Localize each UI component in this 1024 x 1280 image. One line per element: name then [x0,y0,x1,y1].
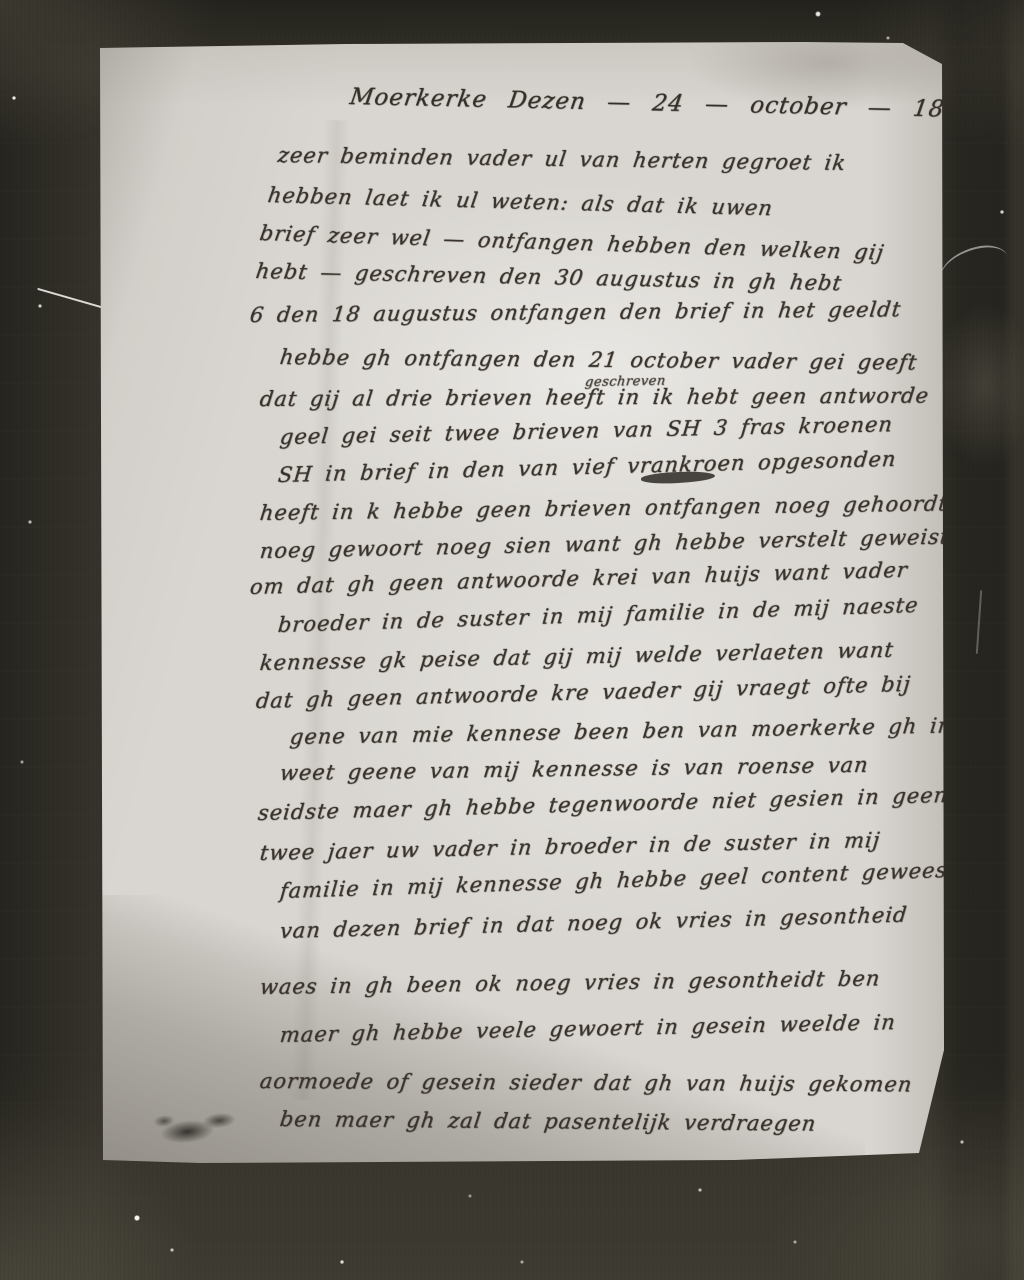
letter-line: waes in gh been ok noeg vries in gesonth… [258,963,882,1002]
letter-line: gene van mie kennese been ben van moerke… [288,710,953,752]
letter-line: van dezen brief in dat noeg ok vries in … [279,900,909,947]
letter-line: SH in brief in den van vief vrankroen op… [277,444,898,490]
scratch-mark [37,288,109,310]
letter-paper: Moerkerke Dezen — 24 — october — 1843 ze… [95,40,947,1165]
letter-line: maer gh hebbe veele gewoert in gesein we… [278,1007,897,1050]
letter-line: dat gij al drie brieven heeft in ik hebt… [258,380,931,414]
letter-header: Moerkerke Dezen — 24 — october — 1843 [348,82,978,125]
ink-blot [141,1096,256,1159]
scratch-mark [934,240,1015,300]
letter-line: aormoede of gesein sieder dat gh van hui… [258,1066,914,1099]
letter-line: weet geene van mij kennesse is van roens… [278,750,870,788]
letter-line: 6 den 18 augustus ontfangen den brief in… [248,294,903,330]
scratch-mark [976,590,982,654]
letter-line: hebben laet ik ul weten: als dat ik uwen [266,180,775,223]
letter-line: heeft in k hebbe geen brieven ontfangen … [258,488,949,528]
photo-background: Moerkerke Dezen — 24 — october — 1843 ze… [0,0,1024,1280]
letter-line: seidste maer gh hebbe tegenwoorde niet g… [257,780,950,828]
letter-line: ben maer gh zal dat pasentelijk verdraeg… [278,1104,818,1139]
letter-line: zeer beminden vader ul van herten gegroe… [276,140,848,178]
